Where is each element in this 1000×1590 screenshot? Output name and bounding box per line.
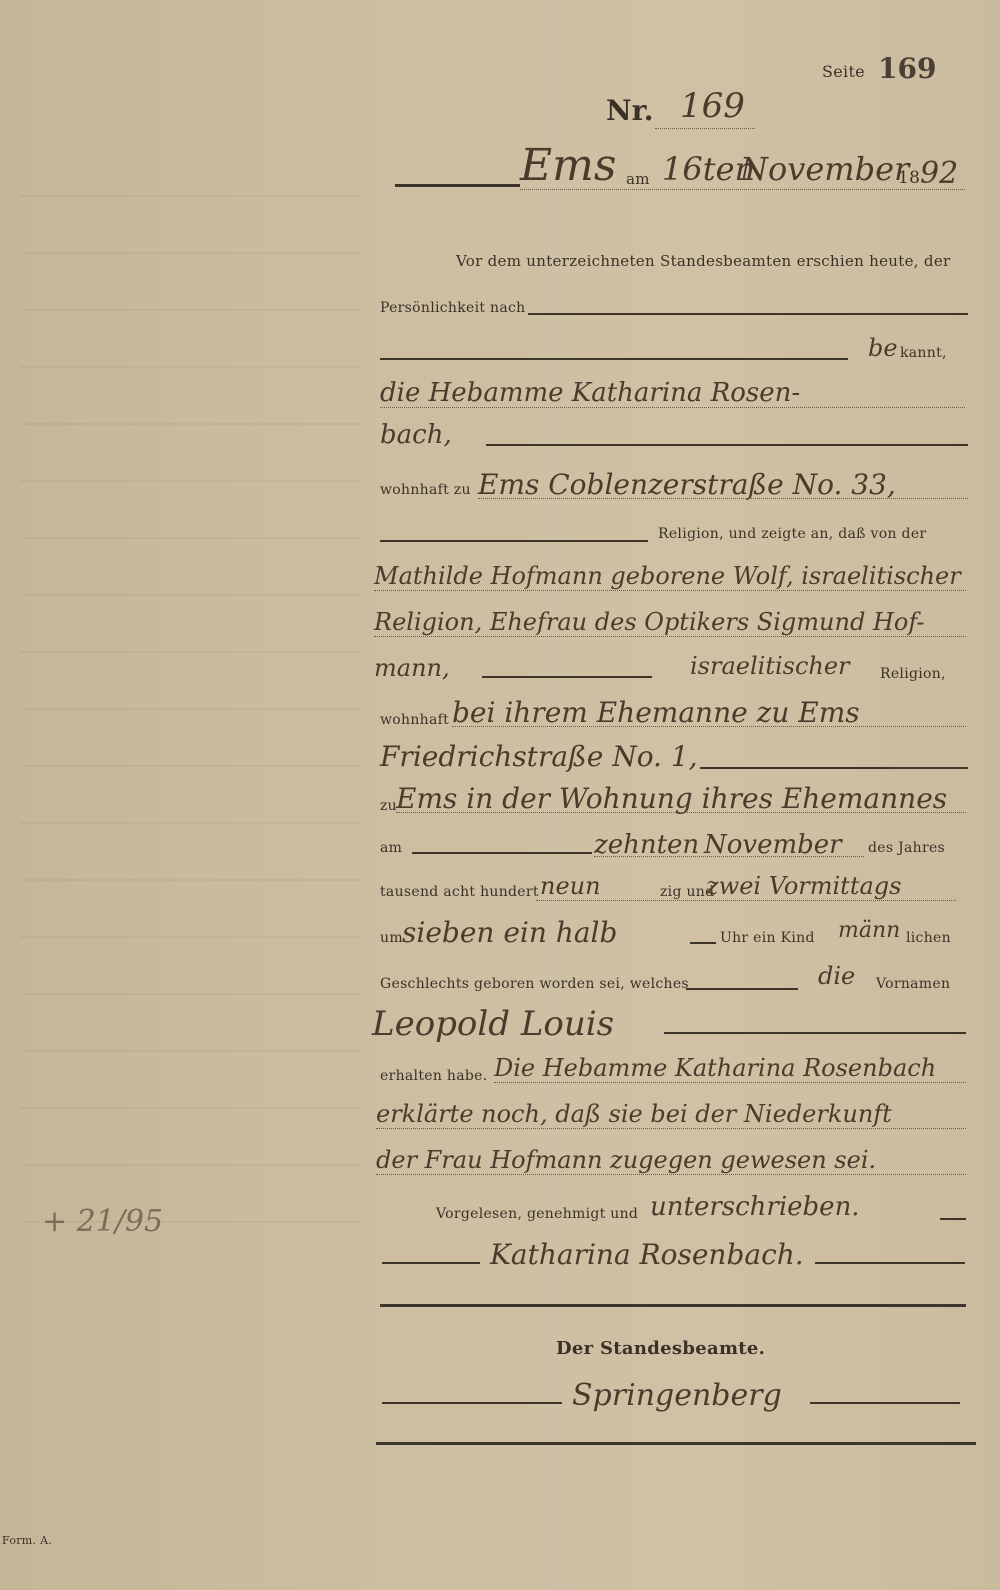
dotted-line	[374, 590, 966, 591]
birth-place: Ems in der Wohnung ihres Ehemannes	[396, 782, 947, 815]
erhalten-label: erhalten habe.	[380, 1068, 487, 1084]
dotted-line	[536, 900, 956, 901]
rule	[395, 184, 520, 187]
bekannt-hand: be	[868, 334, 898, 362]
child-names: Leopold Louis	[372, 1004, 614, 1044]
margin-annotation: + 21/95	[42, 1204, 163, 1239]
des-jahres-label: des Jahres	[868, 840, 945, 856]
dotted-line	[374, 636, 966, 637]
mother-address-2: Friedrichstraße No. 1,	[380, 740, 698, 773]
note-line-2: erklärte noch, daß sie bei der Niederkun…	[376, 1100, 892, 1128]
bekannt-label: kannt,	[900, 345, 947, 361]
bleed-through-text	[20, 140, 360, 1240]
rule	[810, 1402, 960, 1404]
wohnhaft-label: wohnhaft zu	[380, 482, 471, 498]
rule	[412, 852, 592, 854]
form-label: Form. A.	[2, 1534, 52, 1547]
official-signature: Springenberg	[572, 1378, 782, 1413]
note-line-3: der Frau Hofmann zugegen gewesen sei.	[376, 1146, 876, 1174]
geschlechts-label: Geschlechts geboren worden sei, welches	[380, 976, 689, 992]
section-divider	[380, 1304, 966, 1307]
bottom-rule	[376, 1442, 976, 1445]
vorgelesen-hand: unterschrieben.	[650, 1192, 860, 1222]
seite-label: Seite	[822, 62, 865, 81]
zu-label: zu	[380, 798, 397, 814]
vornamen-label: Vornamen	[876, 976, 950, 992]
dotted-line	[494, 1082, 966, 1083]
mother-line-3: mann,	[374, 654, 450, 682]
intro-text: Vor dem unterzeichneten Standesbeamten e…	[456, 252, 950, 270]
am-label-2: am	[380, 840, 402, 856]
persoenlichkeit-label: Persönlichkeit nach	[380, 300, 525, 316]
record-number-line	[655, 128, 755, 129]
dotted-line	[594, 856, 864, 857]
dotted-line	[380, 407, 965, 408]
wohnhaft-label-2: wohnhaft	[380, 712, 449, 728]
dotted-line	[376, 1174, 966, 1175]
rule	[815, 1262, 965, 1264]
mother-line-1: Mathilde Hofmann geborene Wolf, israelit…	[374, 562, 961, 590]
informant-address: Ems Coblenzerstraße No. 33,	[478, 468, 896, 501]
rule	[686, 988, 798, 990]
record-number-label: Nr.	[606, 94, 654, 127]
mother-religion: israelitischer	[690, 652, 850, 680]
rule	[380, 540, 648, 542]
rule	[382, 1262, 480, 1264]
uhr-label: Uhr ein Kind	[720, 930, 815, 946]
note-line-1: Die Hebamme Katharina Rosenbach	[494, 1054, 936, 1082]
year-prefix: 18	[898, 168, 920, 188]
die-hand: die	[818, 962, 855, 990]
informant-signature: Katharina Rosenbach.	[490, 1238, 804, 1271]
decade-hand: neun	[540, 872, 601, 900]
rule	[482, 676, 652, 678]
tausend-label: tausend acht hundert	[380, 884, 539, 900]
mother-address-1: bei ihrem Ehemanne zu Ems	[452, 696, 860, 729]
sex-label: lichen	[906, 930, 951, 946]
rule	[380, 358, 848, 360]
um-label: um	[380, 930, 403, 946]
rule	[700, 767, 968, 769]
am-label: am	[626, 170, 650, 188]
mother-line-2: Religion, Ehefrau des Optikers Sigmund H…	[374, 608, 924, 636]
dotted-line	[478, 498, 968, 499]
religion-label-2: Religion,	[880, 666, 946, 682]
record-number-value: 169	[680, 86, 745, 126]
official-title: Der Standesbeamte.	[556, 1338, 765, 1359]
register-page: Seite 169 Nr. 169 Ems am 16ten November …	[0, 0, 1000, 1590]
rule	[486, 444, 968, 446]
page-number: 169	[878, 52, 936, 85]
dotted-line	[376, 1128, 966, 1129]
rule	[940, 1218, 966, 1220]
informant-line-2: bach,	[380, 420, 452, 450]
rule	[690, 942, 716, 944]
rule	[382, 1402, 562, 1404]
dotted-line	[452, 726, 966, 727]
sex-hand: männ	[838, 918, 900, 943]
year-unit-hand: zwei Vormittags	[706, 872, 901, 900]
informant-line-1: die Hebamme Katharina Rosen-	[380, 378, 800, 408]
date-line	[520, 189, 965, 190]
birth-time: sieben ein halb	[402, 916, 617, 949]
religion-label: Religion, und zeigte an, daß von der	[658, 526, 926, 542]
dotted-line	[396, 812, 966, 813]
rule	[528, 313, 968, 315]
rule	[664, 1032, 966, 1034]
date-month: November	[740, 150, 909, 188]
vorgelesen-label: Vorgelesen, genehmigt und	[436, 1206, 638, 1222]
place-name: Ems	[520, 140, 616, 191]
year-suffix: 92	[920, 156, 958, 191]
